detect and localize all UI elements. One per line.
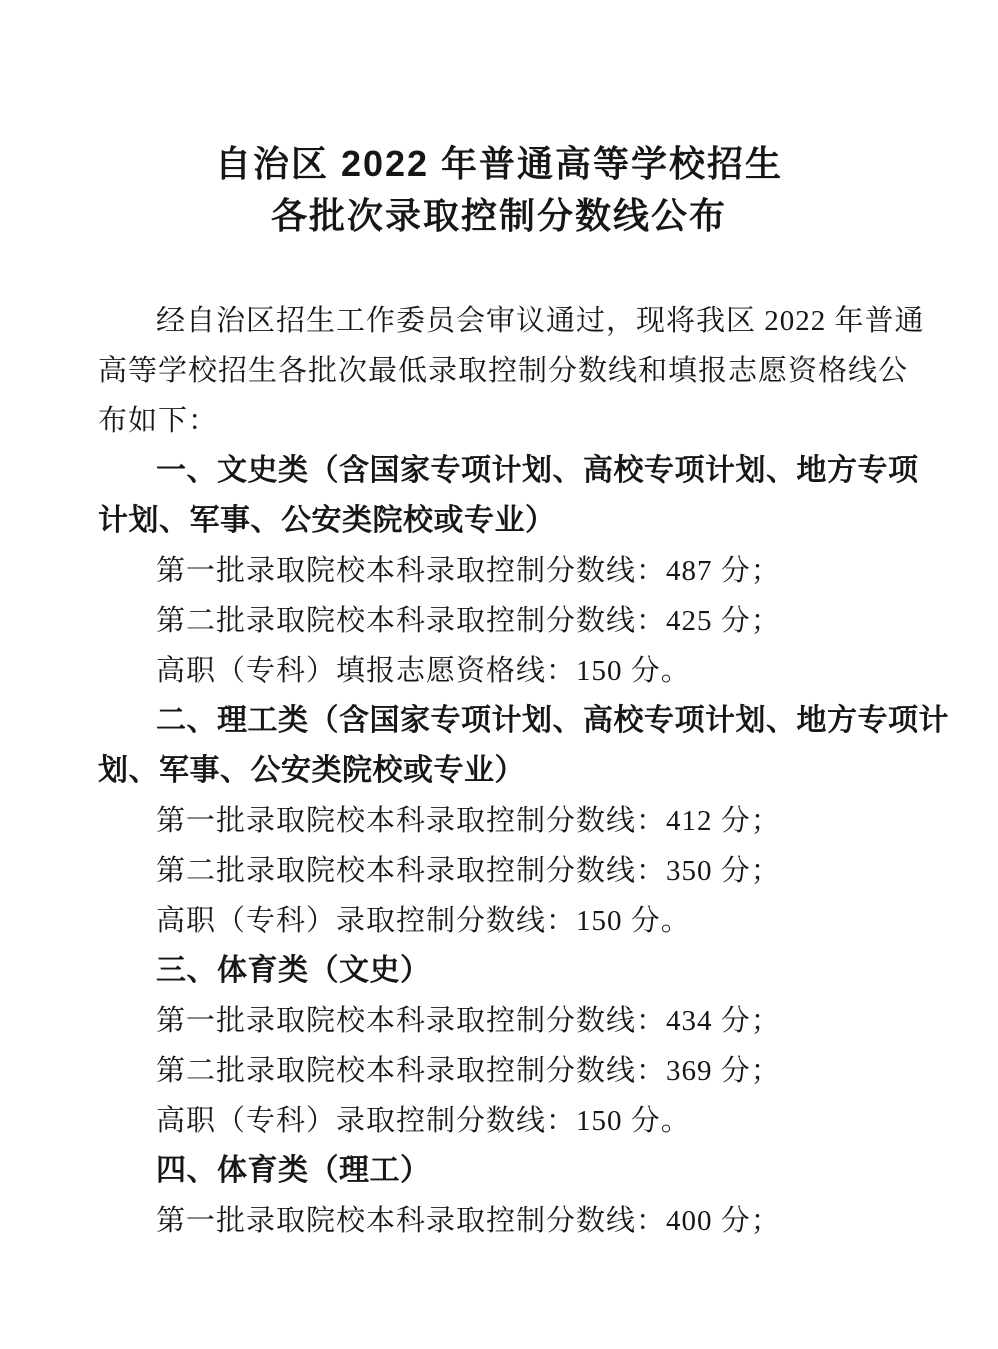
score-line: 第一批录取院校本科录取控制分数线：412 分； — [98, 796, 906, 846]
section-heading-line: 四、体育类（理工） — [98, 1146, 906, 1196]
document-body: 经自治区招生工作委员会审议通过，现将我区 2022 年普通 高等学校招生各批次最… — [0, 296, 998, 1246]
section-heading-line: 计划、军事、公安类院校或专业） — [98, 496, 906, 546]
score-line: 第一批录取院校本科录取控制分数线：400 分； — [98, 1196, 906, 1246]
section-liberal-arts: 一、文史类（含国家专项计划、高校专项计划、地方专项 计划、军事、公安类院校或专业… — [98, 446, 906, 696]
intro-line: 经自治区招生工作委员会审议通过，现将我区 2022 年普通 — [98, 296, 906, 346]
section-heading-line: 划、军事、公安类院校或专业） — [98, 746, 906, 796]
intro-line: 布如下： — [98, 396, 906, 446]
section-heading-line: 一、文史类（含国家专项计划、高校专项计划、地方专项 — [98, 446, 906, 496]
score-line: 第二批录取院校本科录取控制分数线：350 分； — [98, 846, 906, 896]
title-line-1: 自治区 2022 年普通高等学校招生 — [0, 138, 998, 190]
section-pe-science: 四、体育类（理工） 第一批录取院校本科录取控制分数线：400 分； — [98, 1146, 906, 1246]
section-heading-line: 二、理工类（含国家专项计划、高校专项计划、地方专项计 — [98, 696, 906, 746]
title-line-2: 各批次录取控制分数线公布 — [0, 190, 998, 242]
score-line: 第一批录取院校本科录取控制分数线：487 分； — [98, 546, 906, 596]
score-line: 高职（专科）录取控制分数线：150 分。 — [98, 1096, 906, 1146]
document-page: 自治区 2022 年普通高等学校招生 各批次录取控制分数线公布 经自治区招生工作… — [0, 0, 998, 1349]
score-line: 第二批录取院校本科录取控制分数线：369 分； — [98, 1046, 906, 1096]
section-pe-liberal-arts: 三、体育类（文史） 第一批录取院校本科录取控制分数线：434 分； 第二批录取院… — [98, 946, 906, 1146]
score-line: 第一批录取院校本科录取控制分数线：434 分； — [98, 996, 906, 1046]
score-line: 高职（专科）填报志愿资格线：150 分。 — [98, 646, 906, 696]
intro-paragraph: 经自治区招生工作委员会审议通过，现将我区 2022 年普通 高等学校招生各批次最… — [98, 296, 906, 446]
intro-line: 高等学校招生各批次最低录取控制分数线和填报志愿资格线公 — [98, 346, 906, 396]
score-line: 第二批录取院校本科录取控制分数线：425 分； — [98, 596, 906, 646]
document-title: 自治区 2022 年普通高等学校招生 各批次录取控制分数线公布 — [0, 138, 998, 242]
score-line: 高职（专科）录取控制分数线：150 分。 — [98, 896, 906, 946]
section-science: 二、理工类（含国家专项计划、高校专项计划、地方专项计 划、军事、公安类院校或专业… — [98, 696, 906, 946]
section-heading-line: 三、体育类（文史） — [98, 946, 906, 996]
